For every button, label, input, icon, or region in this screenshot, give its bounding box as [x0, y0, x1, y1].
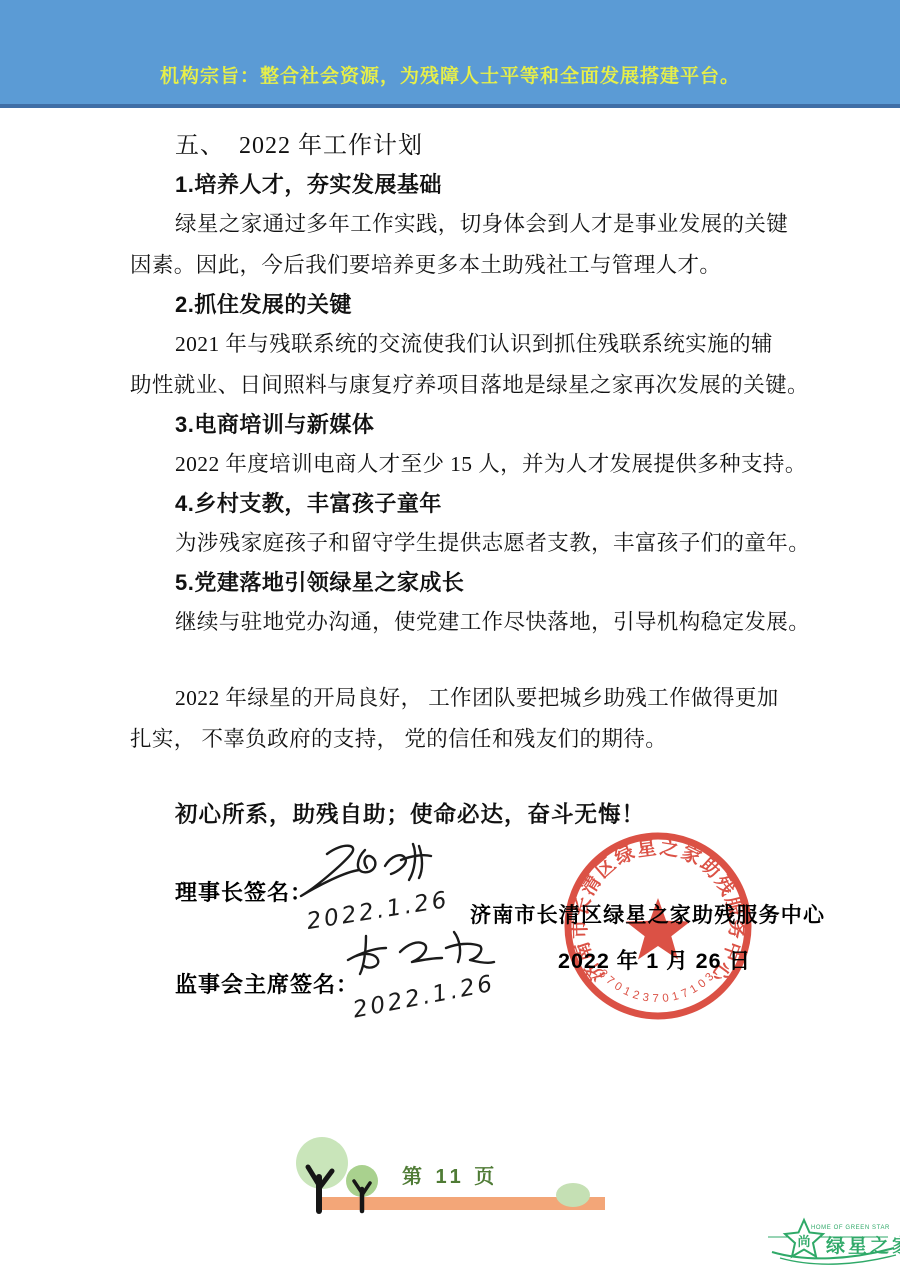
page-number: 第 11 页: [402, 1160, 498, 1189]
document-line-flush: 助性就业、日间照料与康复疗养项目落地是绿星之家再次发展的关键。: [130, 365, 780, 406]
logo-chinese-text: 绿星之家: [826, 1234, 900, 1257]
document-page: 机构宗旨：整合社会资源，为残障人士平等和全面发展搭建平台。 五、 2022 年工…: [0, 0, 900, 1273]
header-banner: 机构宗旨：整合社会资源，为残障人士平等和全面发展搭建平台。: [0, 0, 900, 108]
document-line-flush: 因素。因此，今后我们要培养更多本土助残社工与管理人才。: [130, 245, 780, 286]
document-line-indent: 2021 年与残联系统的交流使我们认识到抓住残联系统实施的辅: [130, 324, 780, 365]
document-line-indent: 2022 年度培训电商人才至少 15 人，并为人才发展提供多种支持。: [130, 444, 780, 485]
document-line-indent: 继续与驻地党办沟通，使党建工作尽快落地，引导机构稳定发展。: [130, 602, 780, 643]
footer-bush: [556, 1183, 590, 1207]
document-line-heading: 4.乡村支教，丰富孩子童年: [130, 485, 780, 523]
document-line-title: 五、 2022 年工作计划: [130, 126, 780, 166]
logo-star-character: 尚: [797, 1234, 810, 1249]
green-star-home-logo: 尚 HOME OF GREEN STAR 绿星之家: [766, 1200, 900, 1270]
document-line-heading: 1.培养人才，夯实发展基础: [130, 166, 780, 204]
document-line-indent: 绿星之家通过多年工作实践，切身体会到人才是事业发展的关键: [130, 204, 780, 245]
document-line-indent: 为涉残家庭孩子和留守学生提供志愿者支教，丰富孩子们的童年。: [130, 523, 780, 564]
logo-english-text: HOME OF GREEN STAR: [811, 1225, 890, 1231]
document-line-heading: 2.抓住发展的关键: [130, 286, 780, 324]
document-body: 五、 2022 年工作计划1.培养人才，夯实发展基础绿星之家通过多年工作实践，切…: [130, 126, 780, 835]
paragraph-gap: [130, 760, 780, 795]
paragraph-gap: [130, 643, 780, 678]
organization-name: 济南市长清区绿星之家助残服务中心: [470, 899, 825, 929]
document-line-heading: 5.党建落地引领绿星之家成长: [130, 564, 780, 602]
document-line-flush: 扎实， 不辜负政府的支持， 党的信任和残友们的期待。: [130, 719, 780, 760]
organization-date: 2022 年 1 月 26 日: [558, 944, 751, 975]
mission-slogan: 机构宗旨：整合社会资源，为残障人士平等和全面发展搭建平台。: [160, 61, 740, 104]
document-line-heading: 3.电商培训与新媒体: [130, 406, 780, 444]
supervisor-signature-label: 监事会主席签名：: [175, 968, 359, 999]
document-line-indent: 2022 年绿星的开局良好， 工作团队要把城乡助残工作做得更加: [130, 678, 780, 719]
